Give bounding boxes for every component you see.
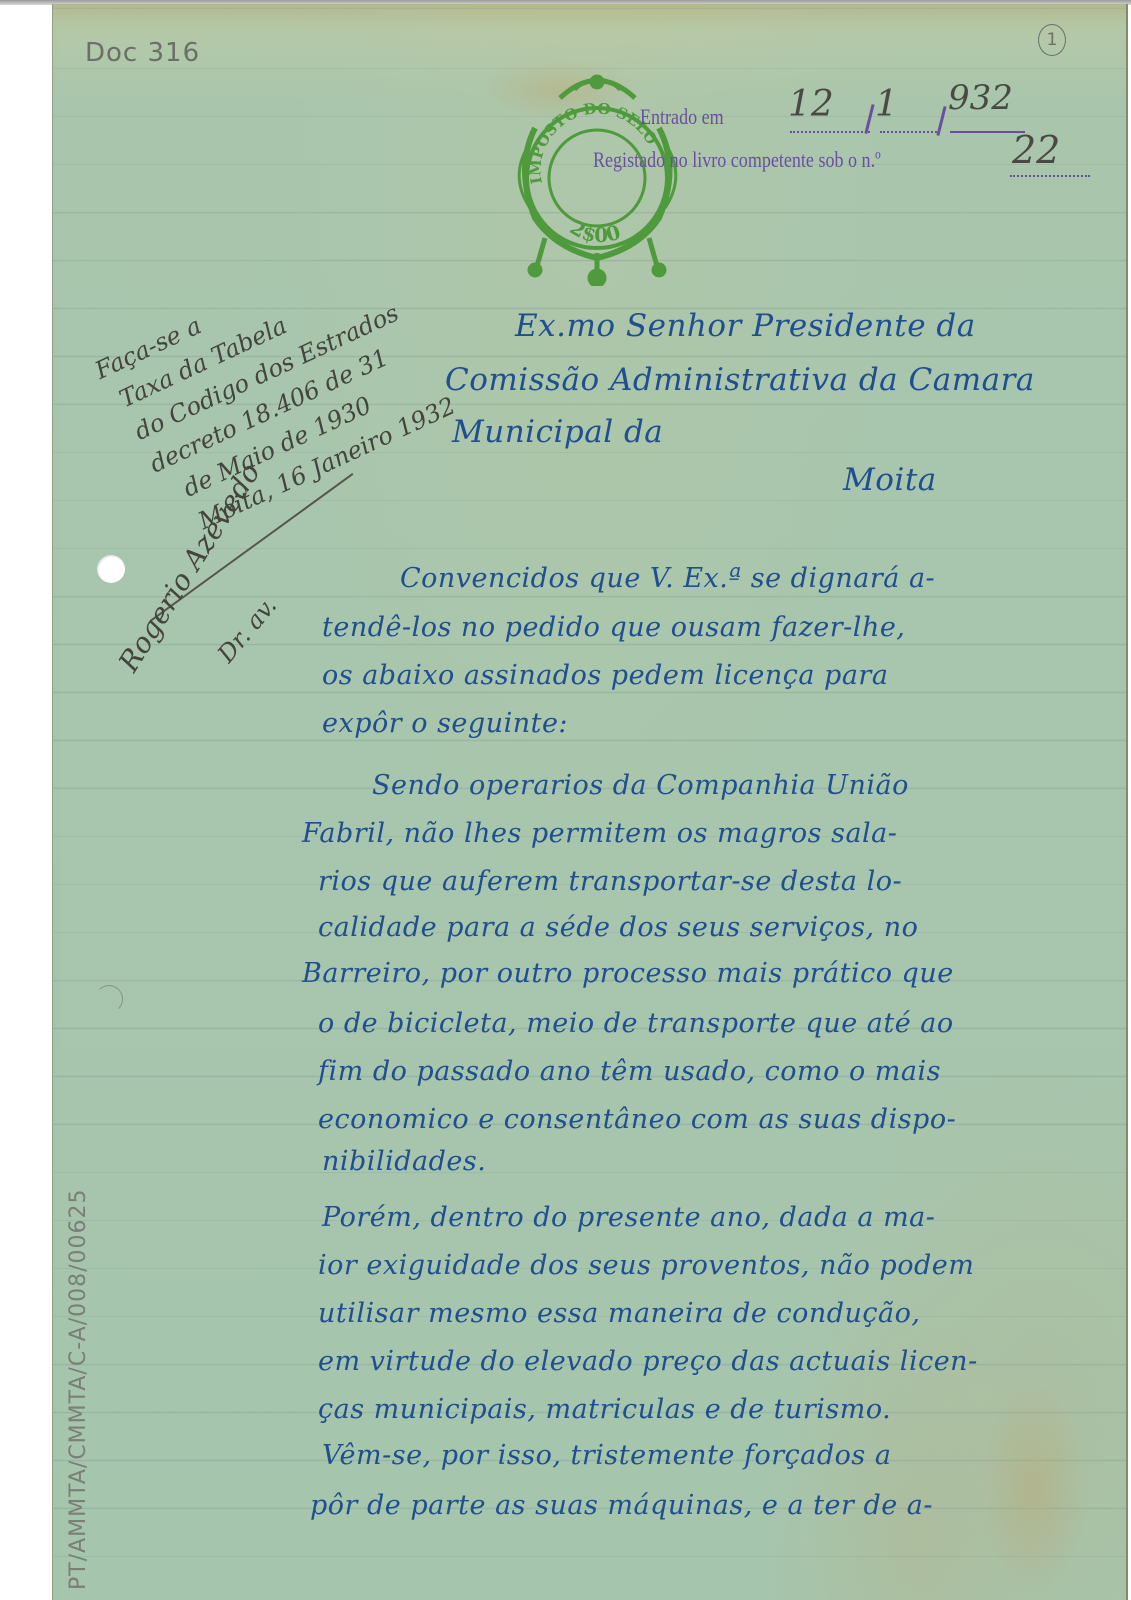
water-stain [980,1380,1090,1600]
date-field-line [880,131,940,133]
salutation-line: Comissão Administrativa da Camara [445,362,1035,398]
body-line: os abaixo assinados pedem licença para [322,660,888,691]
body-line: ças municipais, matriculas e de turismo. [318,1394,891,1425]
body-line: o de bicicleta, meio de transporte que a… [318,1008,954,1039]
body-line: Sendo operarios da Companhia União [372,770,909,801]
body-line: Convencidos que V. Ex.ª se dignará a- [400,563,935,594]
body-line: pôr de parte as suas máquinas, e a ter d… [310,1490,933,1521]
entered-day: 12 [788,84,834,125]
punch-hole [97,555,125,583]
page-number: 1 [1038,24,1066,56]
registered-number: 22 [1012,128,1060,172]
punch-hole-mark [95,985,123,1013]
body-line: rios que auferem transportar-se desta lo… [318,866,902,897]
body-line: economico e consentâneo com as suas disp… [318,1104,956,1135]
date-field-line [790,131,870,133]
body-line: nibilidades. [322,1146,486,1177]
body-line: Vêm-se, por isso, tristemente forçados a [322,1440,891,1471]
body-line: ior exiguidade dos seus proventos, não p… [318,1250,974,1281]
body-line: fim do passado ano têm usado, como o mai… [318,1056,941,1087]
body-line: utilisar mesmo essa maneira de condução, [318,1298,920,1329]
number-field-line [1010,175,1090,177]
entered-label: Entrado em [640,104,724,130]
body-line: expôr o seguinte: [322,708,568,739]
salutation-line: Municipal da [452,414,663,450]
entered-month: 1 [875,84,898,125]
salutation-line: Moita [843,462,937,498]
archive-reference: PT/AMMTA/CMMTA/C-A/008/00625 [66,1188,91,1590]
entered-year: 932 [948,78,1013,118]
body-line: tendê-los no pedido que ousam fazer-lhe, [322,612,905,643]
body-line: calidade para a séde dos seus serviços, … [318,912,918,943]
registered-label: Registado no livro competente sob o n.º [593,147,881,173]
doc-id-annotation: Doc 316 [85,38,200,68]
body-line: Porém, dentro do presente ano, dada a ma… [322,1202,935,1233]
body-line: Fabril, não lhes permitem os magros sala… [302,818,897,849]
body-line: Barreiro, por outro processo mais prátic… [302,958,954,989]
body-line: em virtude do elevado preço das actuais … [318,1346,978,1377]
salutation-line: Ex.mo Senhor Presidente da [515,308,976,344]
